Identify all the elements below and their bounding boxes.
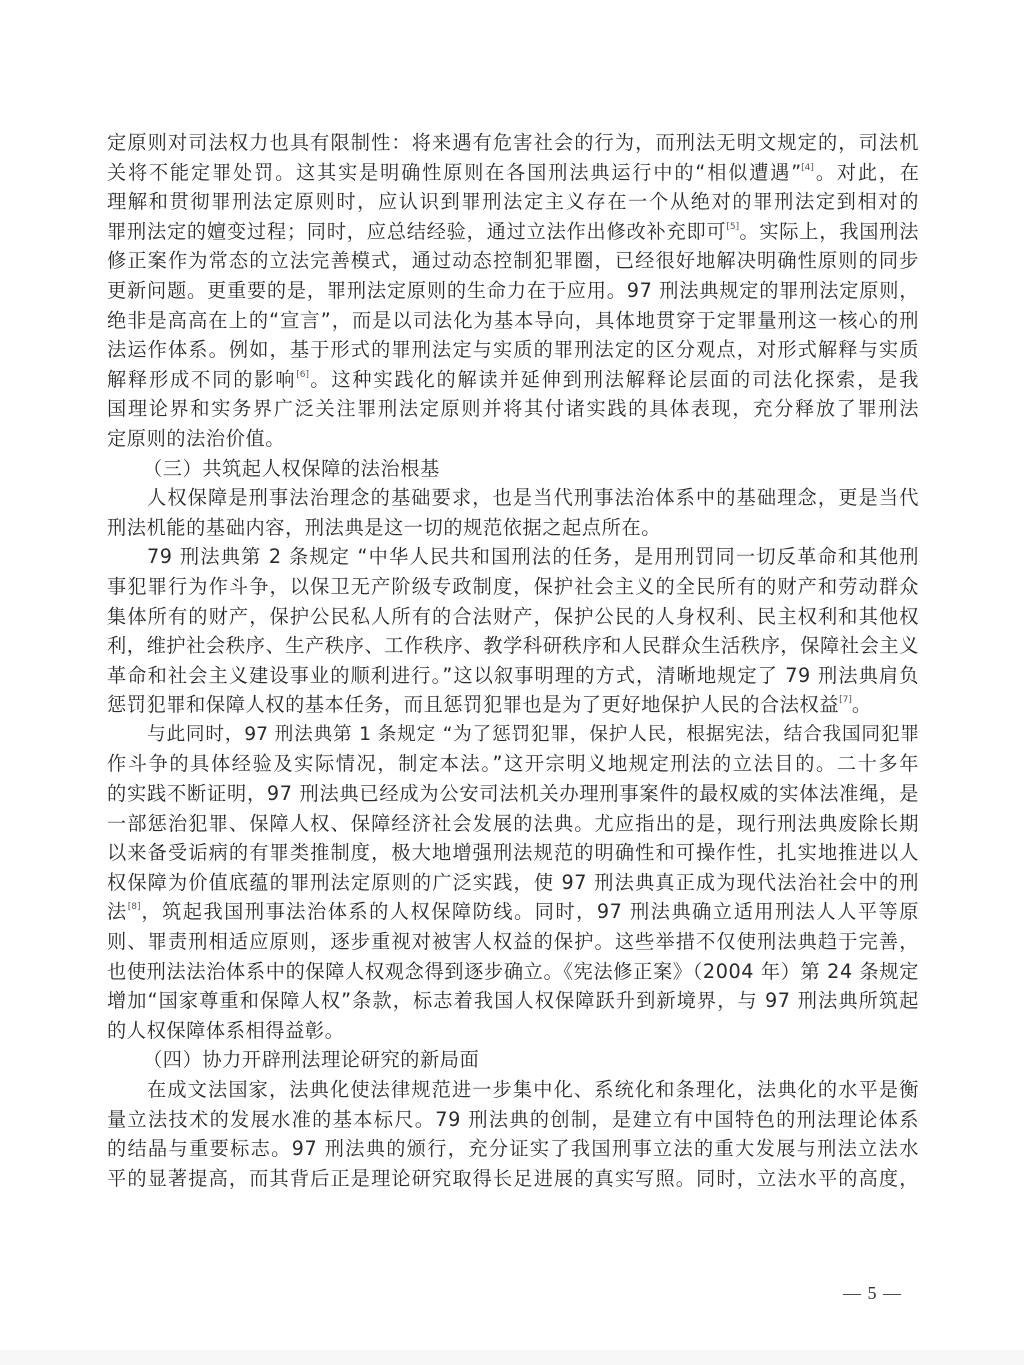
text-line: 人权保障是刑事法治理念的基础要求，也是当代刑事法治体系中的基础理念，更是当代 xyxy=(107,483,919,513)
line-text: 权保障为价值底蕴的罪刑法定原则的广泛实践，使 97 刑法典真正成为现代法治社会中… xyxy=(107,871,919,894)
line-text-continued: ，筑起我国刑事法治体系的人权保障防线。同时，97 刑法典确立适用刑法人人平等原 xyxy=(140,900,919,923)
document-page: 定原则对司法权力也具有限制性：将来遇有危害社会的行为，而刑法无明文规定的，司法机… xyxy=(0,0,1024,1350)
text-line: 作斗争的具体经验及实际情况，制定本法。”这开宗明义地规定刑法的立法目的。二十多年 xyxy=(107,749,919,779)
text-line: 定原则对司法权力也具有限制性：将来遇有危害社会的行为，而刑法无明文规定的，司法机 xyxy=(107,128,919,158)
text-line: 惩罚犯罪和保障人权的基本任务，而且惩罚犯罪也是为了更好地保护人民的合法权益[7]… xyxy=(107,690,919,720)
line-text: 修正案作为常态的立法完善模式，通过动态控制犯罪圈，已经很好地解决明确性原则的同步 xyxy=(107,249,919,272)
line-text: 集体所有的财产，保护公民私人所有的合法财产，保护公民的人身权利、民主权利和其他权 xyxy=(107,605,919,628)
citation-reference: [4] xyxy=(801,163,814,173)
line-text: （三）共筑起人权保障的法治根基 xyxy=(143,457,440,480)
text-line: 79 刑法典第 2 条规定 “中华人民共和国刑法的任务，是用刑罚同一切反革命和其… xyxy=(107,542,919,572)
line-text: 绝非是高高在上的“宣言”，而是以司法化为基本导向，具体地贯穿于定罪量刑这一核心的… xyxy=(107,309,919,332)
text-line: 集体所有的财产，保护公民私人所有的合法财产，保护公民的人身权利、民主权利和其他权 xyxy=(107,602,919,632)
text-line: 理解和贯彻罪刑法定原则时，应认识到罪刑法定主义存在一个从绝对的罪刑法定到相对的 xyxy=(107,187,919,217)
line-text-continued: 。实际上，我国刑法 xyxy=(739,220,919,243)
line-text: 在成文法国家，法典化使法律规范进一步集中化、系统化和条理化，法典化的水平是衡 xyxy=(147,1078,919,1101)
line-text: 事犯罪行为作斗争，以保卫无产阶级专政制度，保护社会主义的全民所有的财产和劳动群众 xyxy=(107,575,919,598)
line-text: 利，维护社会秩序、生产秩序、工作秩序、教学科研秩序和人民群众生活秩序，保障社会主… xyxy=(107,634,919,657)
line-text: （四）协力开辟刑法理论研究的新局面 xyxy=(143,1048,479,1071)
line-text: 惩罚犯罪和保障人权的基本任务，而且惩罚犯罪也是为了更好地保护人民的合法权益 xyxy=(107,693,839,716)
line-text: 定原则对司法权力也具有限制性：将来遇有危害社会的行为，而刑法无明文规定的，司法机 xyxy=(107,131,919,154)
section-heading: （四）协力开辟刑法理论研究的新局面 xyxy=(107,1045,919,1075)
citation-reference: [7] xyxy=(839,695,852,705)
text-line: 的实践不断证明，97 刑法典已经成为公安司法机关办理刑事案件的最权威的实体法准绳… xyxy=(107,779,919,809)
text-line: 量立法技术的发展水准的基本标尺。79 刑法典的创制，是建立有中国特色的刑法理论体… xyxy=(107,1105,919,1135)
line-text: 一部惩治犯罪、保障人权、保障经济社会发展的法典。尤应指出的是，现行刑法典废除长期 xyxy=(107,812,919,835)
text-line: 国理论界和实务界广泛关注罪刑法定原则并将其付诸实践的具体表现，充分释放了罪刑法 xyxy=(107,394,919,424)
text-line: 罪刑法定的嬗变过程；同时，应总结经验，通过立法作出修改补充即可[5]。实际上，我… xyxy=(107,217,919,247)
section-heading: （三）共筑起人权保障的法治根基 xyxy=(107,454,919,484)
text-line: 利，维护社会秩序、生产秩序、工作秩序、教学科研秩序和人民群众生活秩序，保障社会主… xyxy=(107,631,919,661)
line-text: 79 刑法典第 2 条规定 “中华人民共和国刑法的任务，是用刑罚同一切反革命和其… xyxy=(147,545,919,568)
text-line: 与此同时，97 刑法典第 1 条规定 “为了惩罚犯罪，保护人民，根据宪法，结合我… xyxy=(107,720,919,750)
line-text: 更新问题。更重要的是，罪刑法定原则的生命力在于应用。97 刑法典规定的罪刑法定原… xyxy=(107,279,919,302)
text-line: 则、罪责刑相适应原则，逐步重视对被害人权益的保护。这些举措不仅使刑法典趋于完善， xyxy=(107,927,919,957)
text-line: 平的显著提高，而其背后正是理论研究取得长足进展的真实写照。同时，立法水平的高度， xyxy=(107,1164,919,1194)
line-text: 国理论界和实务界广泛关注罪刑法定原则并将其付诸实践的具体表现，充分释放了罪刑法 xyxy=(107,397,919,420)
page-number: — 5 — xyxy=(843,1283,902,1304)
body-text: 定原则对司法权力也具有限制性：将来遇有危害社会的行为，而刑法无明文规定的，司法机… xyxy=(107,128,919,1193)
line-text-continued: 。 xyxy=(852,693,872,716)
citation-reference: [5] xyxy=(726,222,739,232)
line-text: 的结晶与重要标志。97 刑法典的颁行，充分证实了我国刑事立法的重大发展与刑法立法… xyxy=(107,1137,919,1160)
line-text: 作斗争的具体经验及实际情况，制定本法。”这开宗明义地规定刑法的立法目的。二十多年 xyxy=(107,752,919,775)
text-line: 定原则的法治价值。 xyxy=(107,424,919,454)
text-line: 解释形成不同的影响[6]。这种实践化的解读并延伸到刑法解释论层面的司法化探索，是… xyxy=(107,365,919,395)
text-line: 权保障为价值底蕴的罪刑法定原则的广泛实践，使 97 刑法典真正成为现代法治社会中… xyxy=(107,868,919,898)
line-text: 革命和社会主义建设事业的顺利进行。”这以叙事明理的方式，清晰地规定了 79 刑法… xyxy=(107,664,919,687)
page-bottom-edge xyxy=(0,1350,1024,1365)
line-text: 也使刑法法治体系中的保障人权观念得到逐步确立。《宪法修正案》（2004 年）第 … xyxy=(107,960,919,983)
line-text: 定原则的法治价值。 xyxy=(107,427,285,450)
text-line: 刑法机能的基础内容，刑法典是这一切的规范依据之起点所在。 xyxy=(107,513,919,543)
text-line: 事犯罪行为作斗争，以保卫无产阶级专政制度，保护社会主义的全民所有的财产和劳动群众 xyxy=(107,572,919,602)
text-line: 修正案作为常态的立法完善模式，通过动态控制犯罪圈，已经很好地解决明确性原则的同步 xyxy=(107,246,919,276)
text-line: 以来备受诟病的有罪类推制度，极大地增强刑法规范的明确性和可操作性，扎实地推进以人 xyxy=(107,838,919,868)
citation-reference: [6] xyxy=(296,370,309,380)
citation-reference: [8] xyxy=(128,902,141,912)
line-text: 以来备受诟病的有罪类推制度，极大地增强刑法规范的明确性和可操作性，扎实地推进以人 xyxy=(107,841,919,864)
line-text: 关将不能定罪处罚。这其实是明确性原则在各国刑法典运行中的“相似遭遇” xyxy=(107,161,801,184)
text-line: 更新问题。更重要的是，罪刑法定原则的生命力在于应用。97 刑法典规定的罪刑法定原… xyxy=(107,276,919,306)
text-line: 增加“国家尊重和保障人权”条款，标志着我国人权保障跃升到新境界，与 97 刑法典… xyxy=(107,986,919,1016)
text-line: 关将不能定罪处罚。这其实是明确性原则在各国刑法典运行中的“相似遭遇”[4]。对此… xyxy=(107,158,919,188)
line-text: 平的显著提高，而其背后正是理论研究取得长足进展的真实写照。同时，立法水平的高度， xyxy=(107,1167,919,1190)
text-line: 法运作体系。例如，基于形式的罪刑法定与实质的罪刑法定的区分观点，对形式解释与实质 xyxy=(107,335,919,365)
line-text-continued: 。这种实践化的解读并延伸到刑法解释论层面的司法化探索，是我 xyxy=(309,368,919,391)
text-line: 在成文法国家，法典化使法律规范进一步集中化、系统化和条理化，法典化的水平是衡 xyxy=(107,1075,919,1105)
line-text-continued: 。对此，在 xyxy=(814,161,919,184)
line-text: 与此同时，97 刑法典第 1 条规定 “为了惩罚犯罪，保护人民，根据宪法，结合我… xyxy=(147,724,919,745)
text-line: 的结晶与重要标志。97 刑法典的颁行，充分证实了我国刑事立法的重大发展与刑法立法… xyxy=(107,1134,919,1164)
line-text: 增加“国家尊重和保障人权”条款，标志着我国人权保障跃升到新境界，与 97 刑法典… xyxy=(107,989,919,1012)
line-text: 人权保障是刑事法治理念的基础要求，也是当代刑事法治体系中的基础理念，更是当代 xyxy=(147,486,919,509)
text-line: 法[8]，筑起我国刑事法治体系的人权保障防线。同时，97 刑法典确立适用刑法人人… xyxy=(107,897,919,927)
line-text: 法运作体系。例如，基于形式的罪刑法定与实质的罪刑法定的区分观点，对形式解释与实质 xyxy=(107,338,919,361)
text-line: 的人权保障体系相得益彰。 xyxy=(107,1016,919,1046)
line-text: 刑法机能的基础内容，刑法典是这一切的规范依据之起点所在。 xyxy=(107,516,661,539)
line-text: 的实践不断证明，97 刑法典已经成为公安司法机关办理刑事案件的最权威的实体法准绳… xyxy=(107,782,919,805)
text-line: 一部惩治犯罪、保障人权、保障经济社会发展的法典。尤应指出的是，现行刑法典废除长期 xyxy=(107,809,919,839)
line-text: 量立法技术的发展水准的基本标尺。79 刑法典的创制，是建立有中国特色的刑法理论体… xyxy=(107,1108,919,1131)
text-line: 革命和社会主义建设事业的顺利进行。”这以叙事明理的方式，清晰地规定了 79 刑法… xyxy=(107,661,919,691)
line-text: 罪刑法定的嬗变过程；同时，应总结经验，通过立法作出修改补充即可 xyxy=(107,220,726,243)
text-line: 绝非是高高在上的“宣言”，而是以司法化为基本导向，具体地贯穿于定罪量刑这一核心的… xyxy=(107,306,919,336)
line-text: 解释形成不同的影响 xyxy=(107,368,296,391)
line-text: 的人权保障体系相得益彰。 xyxy=(107,1019,344,1042)
line-text: 法 xyxy=(107,900,128,923)
line-text: 理解和贯彻罪刑法定原则时，应认识到罪刑法定主义存在一个从绝对的罪刑法定到相对的 xyxy=(107,190,919,213)
text-line: 也使刑法法治体系中的保障人权观念得到逐步确立。《宪法修正案》（2004 年）第 … xyxy=(107,957,919,987)
line-text: 则、罪责刑相适应原则，逐步重视对被害人权益的保护。这些举措不仅使刑法典趋于完善， xyxy=(107,930,919,953)
